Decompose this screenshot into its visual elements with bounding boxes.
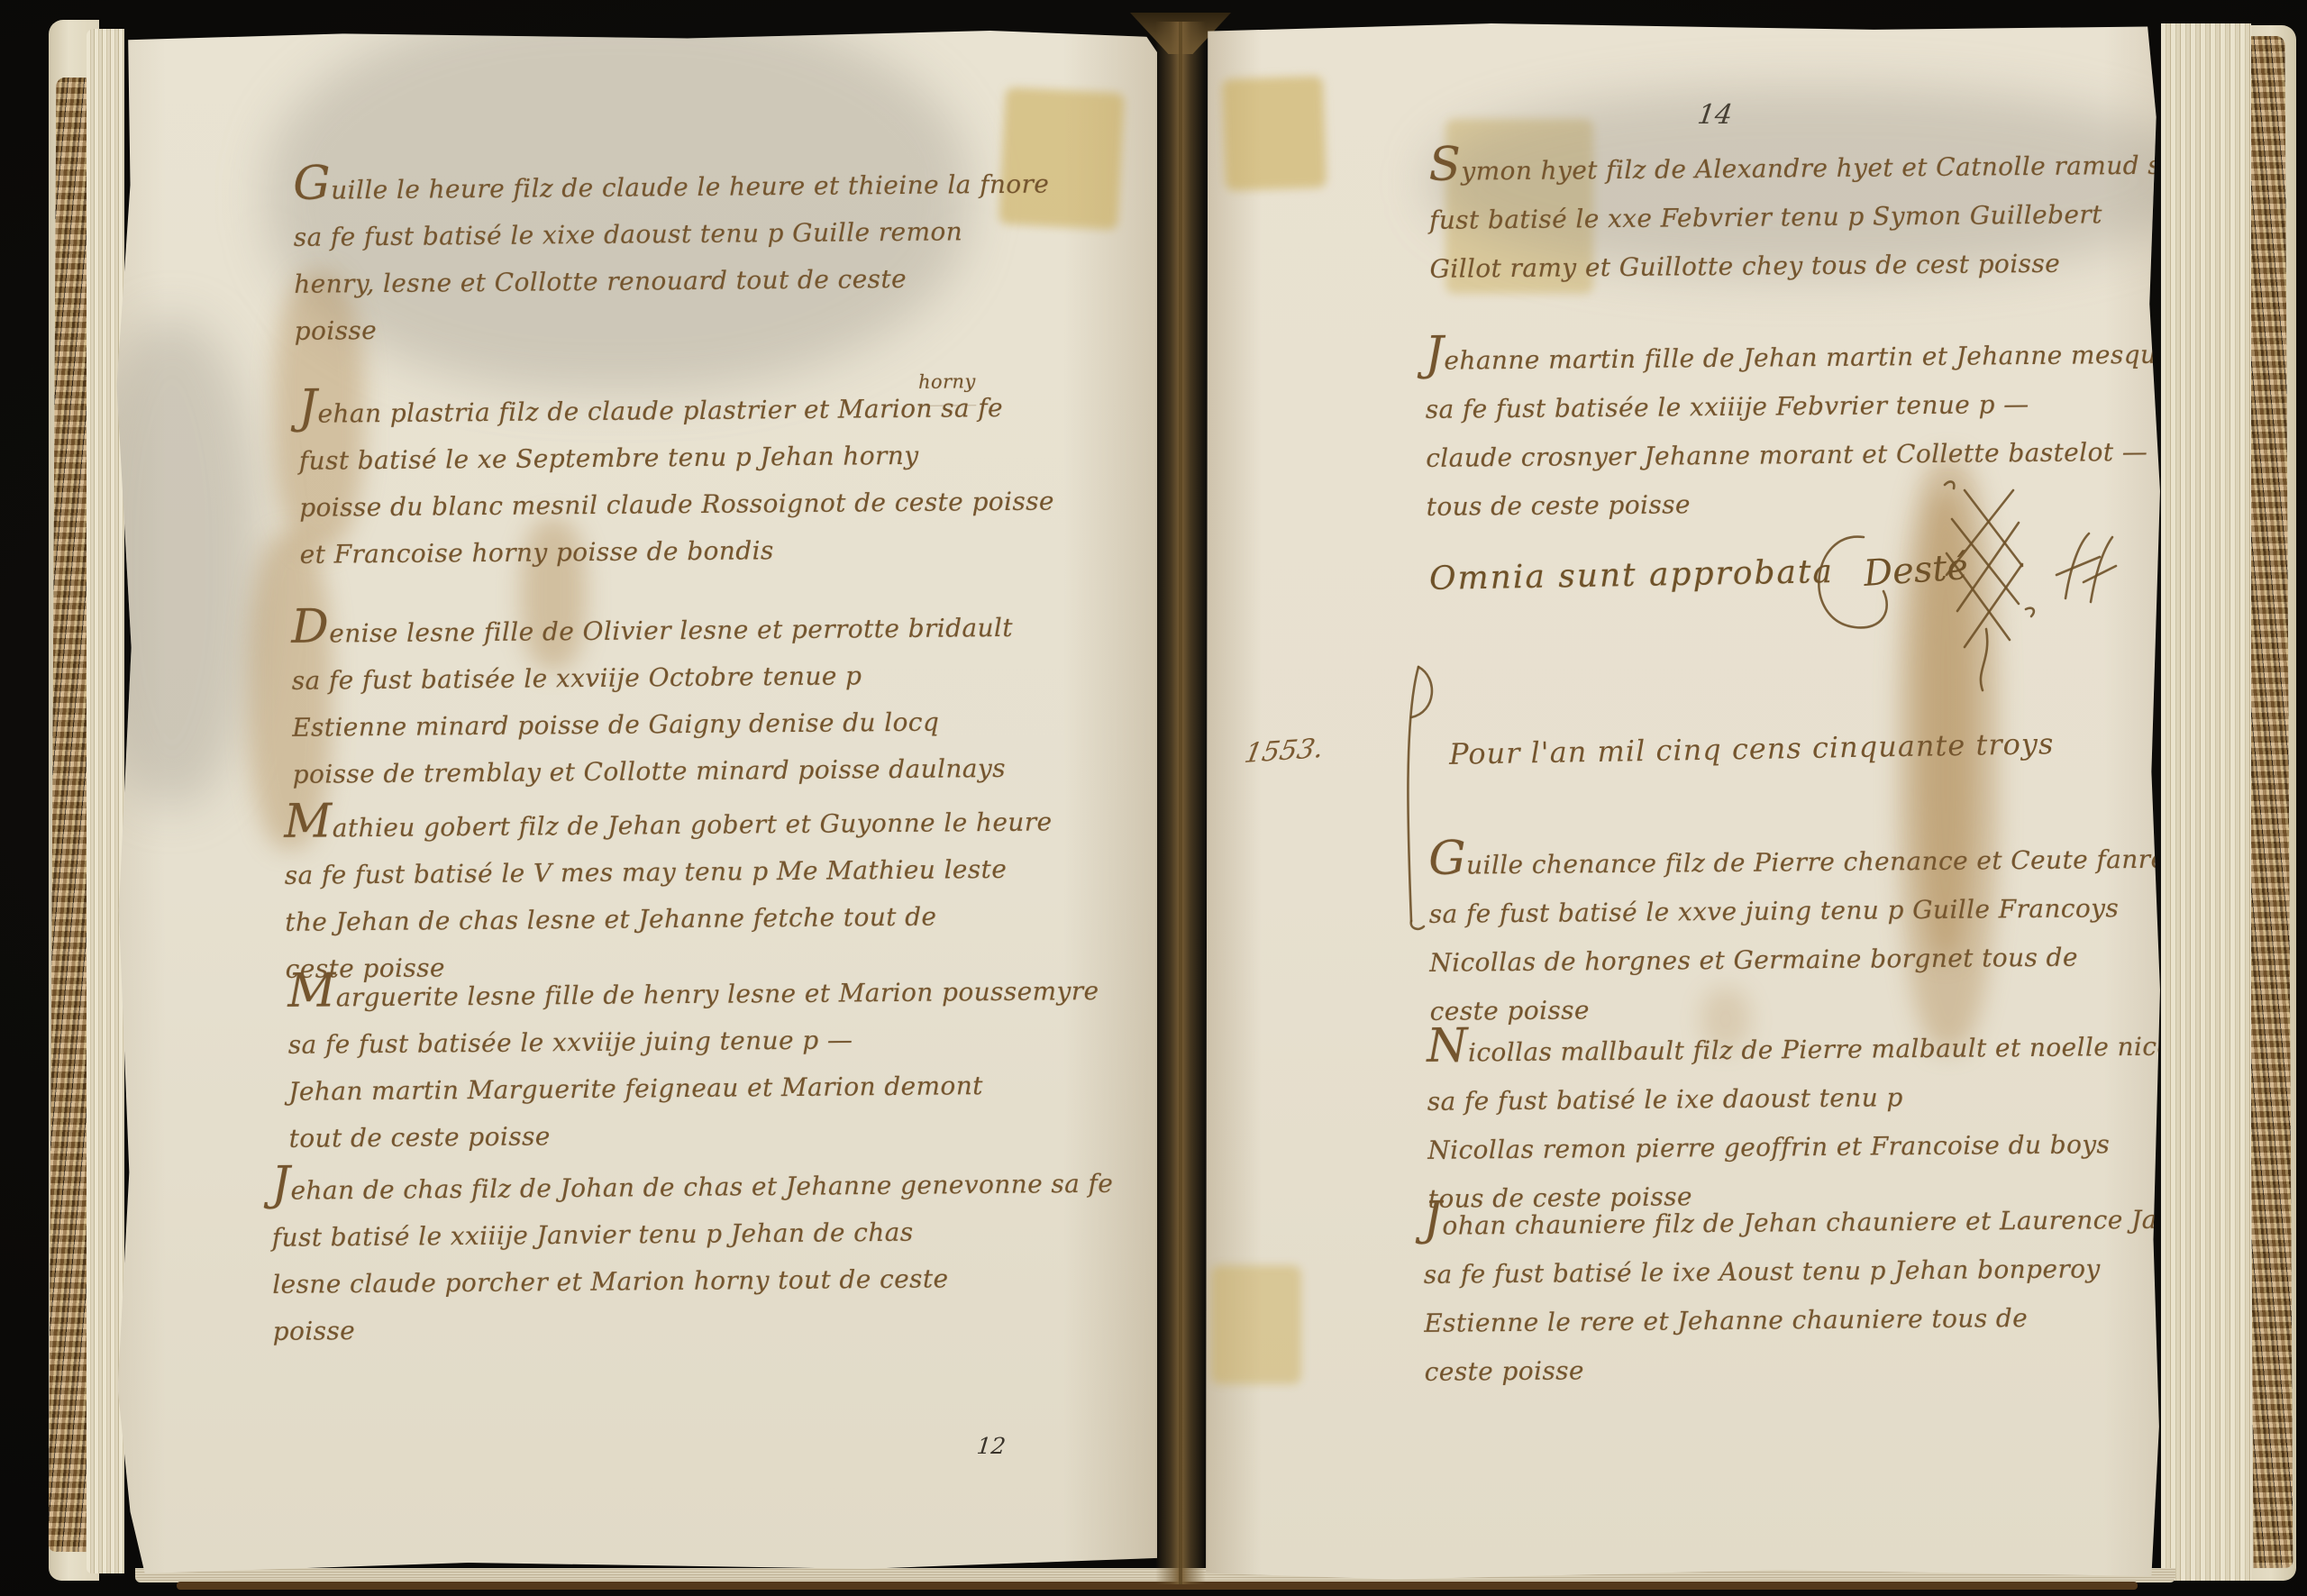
entry-line: sa fe fust batisé le xixe daoust tenu p … (294, 207, 1087, 261)
baptism-entry: horny Jehan plastria filz de claude plas… (298, 384, 1093, 579)
baptism-entry: Jehan de chas filz de Johan de chas et J… (271, 1161, 1066, 1355)
photo-background: Guille le heure filz de claude le heure … (0, 0, 2307, 1596)
signature-name: Desté (1863, 546, 1970, 595)
entry-line: Symon hyet filz de Alexandre hyet et Cat… (1428, 141, 2161, 196)
entry-line: Johan chauniere filz de Jehan chauniere … (1423, 1195, 2161, 1251)
entry-line: ceste poisse (1424, 1341, 2161, 1397)
marbled-edge-right (2246, 36, 2293, 1568)
tape-stain (1211, 1265, 1301, 1384)
entry-line: poisse (272, 1301, 1065, 1355)
entry-line: sa fe fust batisé le ixe daoust tenu p (1427, 1071, 2161, 1126)
entry-line: fust batisé le xxe Febvrier tenu p Symon… (1429, 189, 2161, 245)
paraph-marks-icon (2053, 526, 2118, 609)
entry-line: tout de ceste poisse (288, 1108, 1081, 1163)
entry-line: henry, lesne et Collotte renouard tout d… (294, 254, 1087, 308)
baptism-entry: Nicollas mallbault filz de Pierre malbau… (1427, 1022, 2161, 1224)
entry-line: fust batisé le xxiiije Janvier tenu p Je… (272, 1208, 1065, 1262)
entry-line: sa fe fust batisé le xxve juing tenu p G… (1429, 883, 2161, 939)
entry-line: fust batisé le xe Septembre tenu p Jehan… (299, 431, 1092, 485)
folio-number: 12 (975, 1433, 1007, 1459)
entry-line: Mathieu gobert filz de Jehan gobert et G… (284, 798, 1077, 853)
entry-line: poisse du blanc mesnil claude Rossoignot… (299, 478, 1092, 532)
baptism-entry: Mathieu gobert filz de Jehan gobert et G… (284, 798, 1079, 993)
entry-line: Marguerite lesne fille de henry lesne et… (287, 968, 1081, 1022)
entry-line: Nicollas de horgnes et Germaine borgnet … (1429, 932, 2161, 988)
baptism-entry: Symon hyet filz de Alexandre hyet et Cat… (1428, 141, 2161, 294)
approval-note: Omnia sunt approbata (1429, 553, 1835, 597)
margin-year: 1553. (1242, 733, 1326, 770)
entry-line: poisse de tremblay et Collotte minard po… (292, 744, 1085, 798)
tape-stain (1222, 76, 1327, 191)
page-number: 14 (1696, 99, 1735, 131)
baptism-entry: Marguerite lesne fille de henry lesne et… (287, 968, 1082, 1163)
entry-line: poisse (294, 301, 1087, 355)
page-stack-edge-left (87, 29, 124, 1573)
entry-line: Guille le heure filz de claude le heure … (293, 160, 1086, 214)
entry-line: Gillot ramy et Guillotte chey tous de ce… (1429, 238, 2161, 294)
damp-stain (114, 319, 258, 806)
entry-line: Estienne minard poisse de Gaigny denise … (292, 698, 1085, 752)
interline-insertion: horny (918, 358, 976, 406)
entry-line: sa fe fust batisé le V mes may tenu p Me… (285, 845, 1078, 899)
baptism-entry: Johan chauniere filz de Jehan chauniere … (1423, 1195, 2161, 1397)
book-gutter (1155, 22, 1206, 1584)
entry-line: Jehanne martin fille de Jehan martin et … (1425, 330, 2161, 386)
entry-line: Nicollas mallbault filz de Pierre malbau… (1427, 1022, 2161, 1078)
entry-line: Jehan de chas filz de Johan de chas et J… (271, 1161, 1064, 1215)
entry-line: lesne claude porcher et Marion horny tou… (272, 1254, 1065, 1309)
entry-line: the Jehan de chas lesne et Jehanne fetch… (285, 892, 1078, 946)
entry-line: Nicollas remon pierre geoffrin et Franco… (1427, 1119, 2161, 1175)
manuscript-page-left: Guille le heure filz de claude le heure … (114, 31, 1157, 1573)
entry-line: Denise lesne fille de Olivier lesne et p… (291, 604, 1084, 658)
entry-line: sa fe fust batisée le xxviije juing tenu… (288, 1015, 1081, 1069)
entry-line: Guille chenance filz de Pierre chenance … (1428, 834, 2161, 890)
entry-line: Jehan martin Marguerite feigneau et Mari… (288, 1062, 1081, 1116)
entry-line: sa fe fust batisé le ixe Aoust tenu p Je… (1424, 1244, 2161, 1300)
baptism-entry: Guille chenance filz de Pierre chenance … (1428, 834, 2161, 1036)
baptism-entry: Denise lesne fille de Olivier lesne et p… (291, 604, 1086, 798)
year-heading: Pour l'an mil cinq cens cinquante troys (1449, 726, 2055, 771)
priest-signature: Desté (1777, 467, 2102, 701)
manuscript-page-right: 14 Symon hyet filz de Alexandre hyet et … (1204, 23, 2161, 1582)
baptism-entry: Guille le heure filz de claude le heure … (293, 160, 1088, 355)
entry-line: Estienne le rere et Jehanne chauniere to… (1424, 1292, 2161, 1348)
entry-line: et Francoise horny poisse de bondis (299, 524, 1092, 579)
page-stack-edge-right (2161, 23, 2251, 1581)
entry-line: sa fe fust batisée le xxiiije Febvrier t… (1426, 378, 2161, 434)
entry-line: sa fe fust batisée le xxviije Octobre te… (292, 651, 1085, 705)
